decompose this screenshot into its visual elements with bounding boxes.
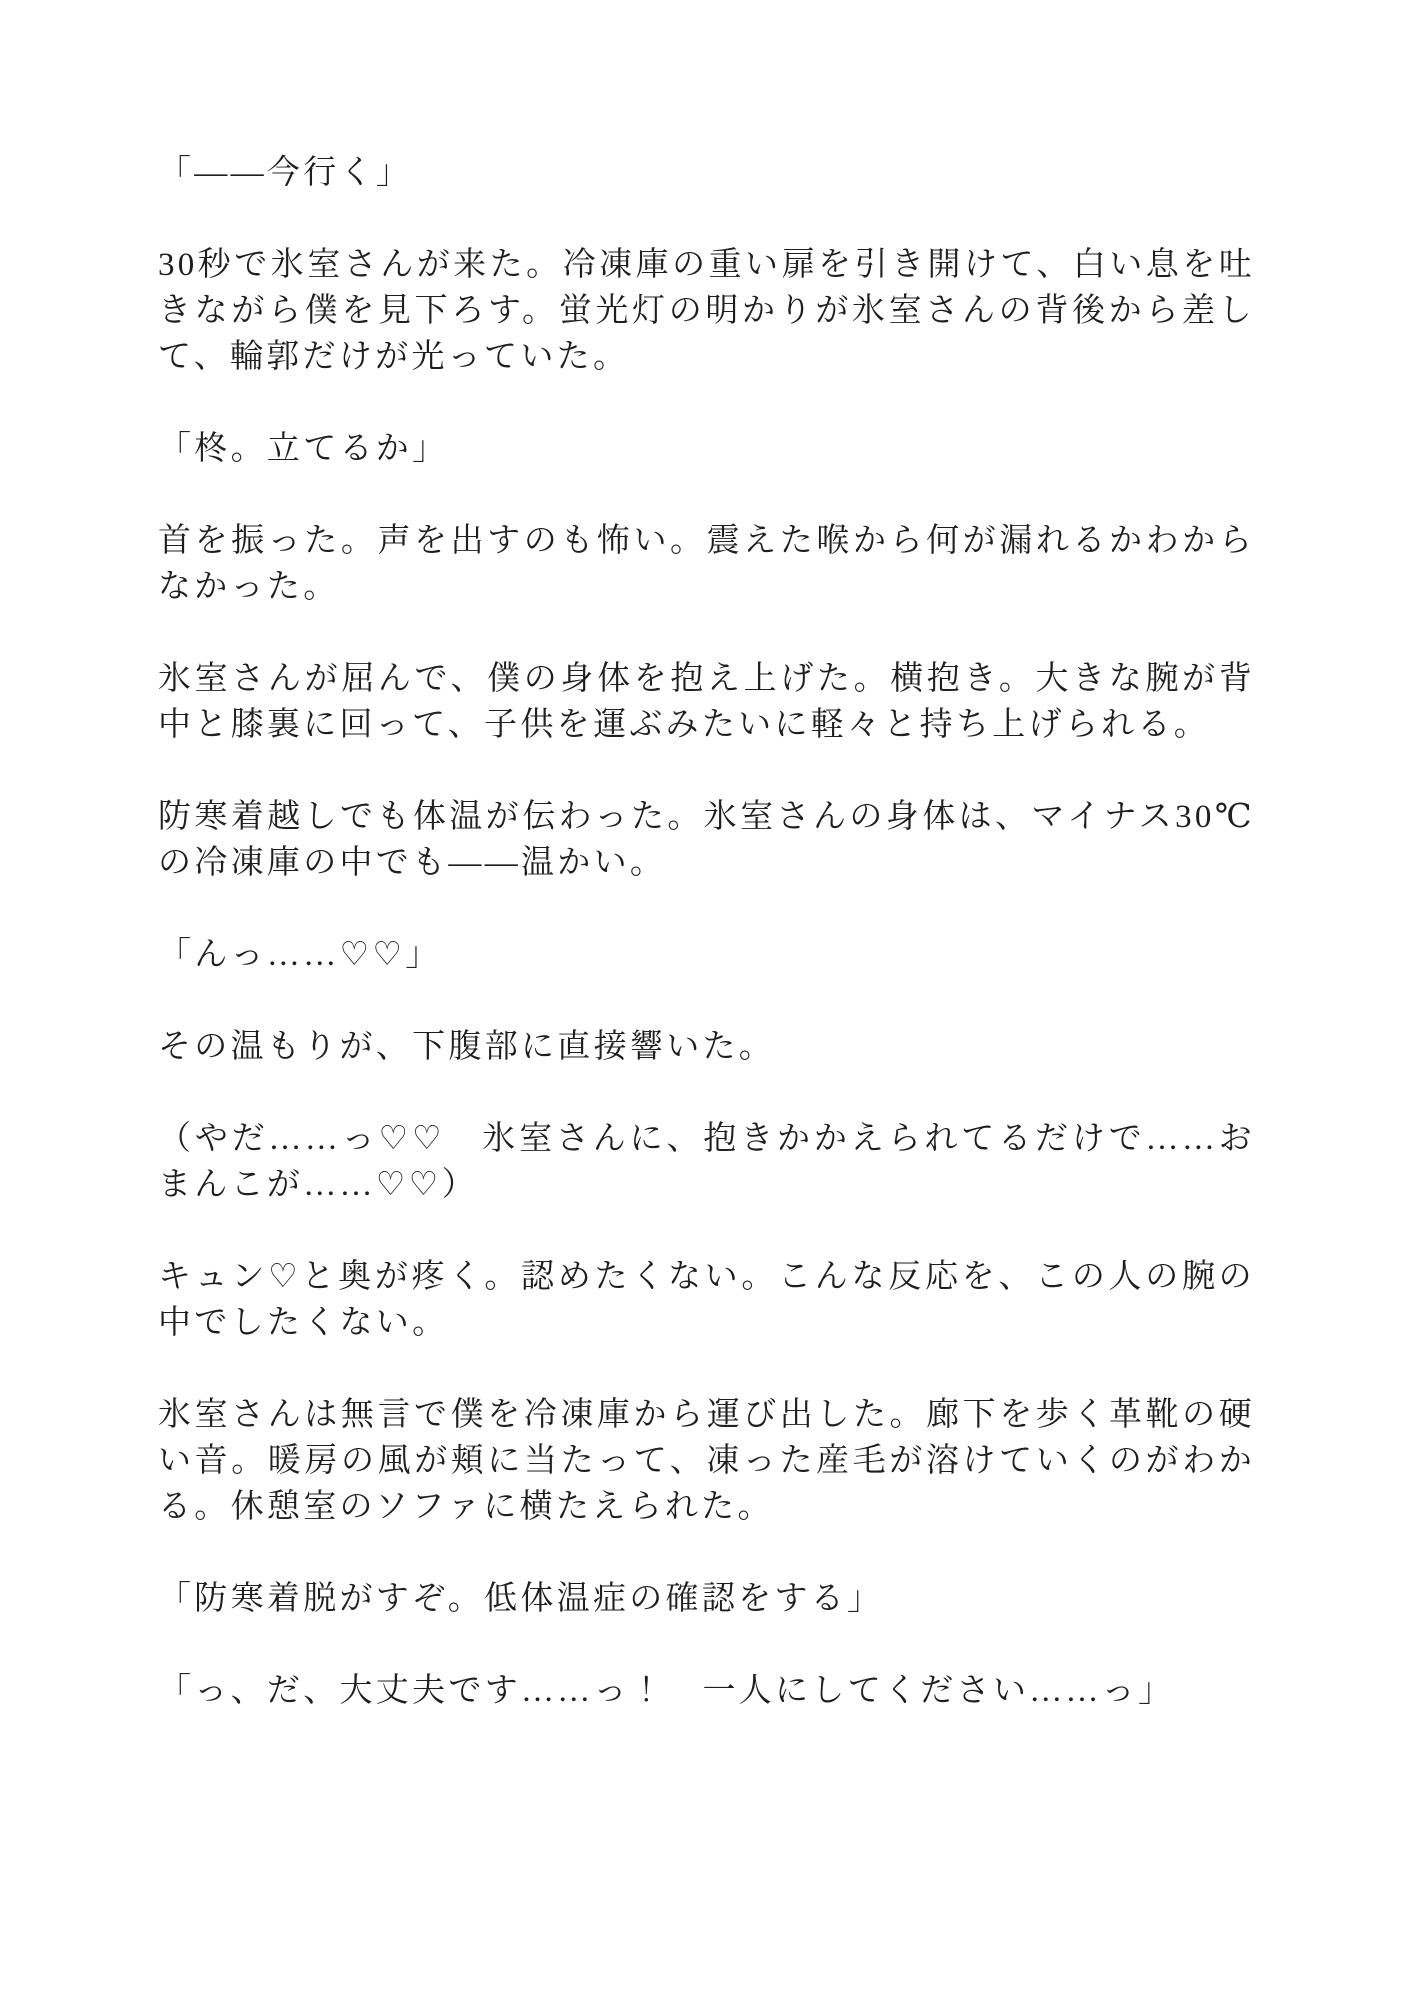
paragraph-dialogue: 「っ、だ、大丈夫です……っ！ 一人にしてください……っ」 <box>158 1668 1255 1714</box>
paragraph-dialogue: 「んっ……♡♡」 <box>158 932 1255 978</box>
paragraph-dialogue: 「防寒着脱がすぞ。低体温症の確認をする」 <box>158 1576 1255 1622</box>
paragraph: 首を振った。声を出すのも怖い。震えた喉から何が漏れるかわからなかった。 <box>158 518 1255 610</box>
paragraph-dialogue: 「柊。立てるか」 <box>158 426 1255 472</box>
paragraph-dialogue: 「——今行く」 <box>158 150 1255 196</box>
paragraph: 氷室さんは無言で僕を冷凍庫から運び出した。廊下を歩く革靴の硬い音。暖房の風が頬に… <box>158 1392 1255 1530</box>
paragraph: 防寒着越しでも体温が伝わった。氷室さんの身体は、マイナス30℃の冷凍庫の中でも—… <box>158 794 1255 886</box>
paragraph: その温もりが、下腹部に直接響いた。 <box>158 1024 1255 1070</box>
paragraph: 30秒で氷室さんが来た。冷凍庫の重い扉を引き開けて、白い息を吐きながら僕を見下ろ… <box>158 242 1255 380</box>
paragraph: 氷室さんが屈んで、僕の身体を抱え上げた。横抱き。大きな腕が背中と膝裏に回って、子… <box>158 656 1255 748</box>
paragraph: キュン♡と奥が疼く。認めたくない。こんな反応を、この人の腕の中でしたくない。 <box>158 1254 1255 1346</box>
document-page: 「——今行く」 30秒で氷室さんが来た。冷凍庫の重い扉を引き開けて、白い息を吐き… <box>0 0 1415 2000</box>
paragraph-inner-monologue: （やだ……っ♡♡ 氷室さんに、抱きかかえられてるだけで……おまんこが……♡♡） <box>158 1116 1255 1208</box>
